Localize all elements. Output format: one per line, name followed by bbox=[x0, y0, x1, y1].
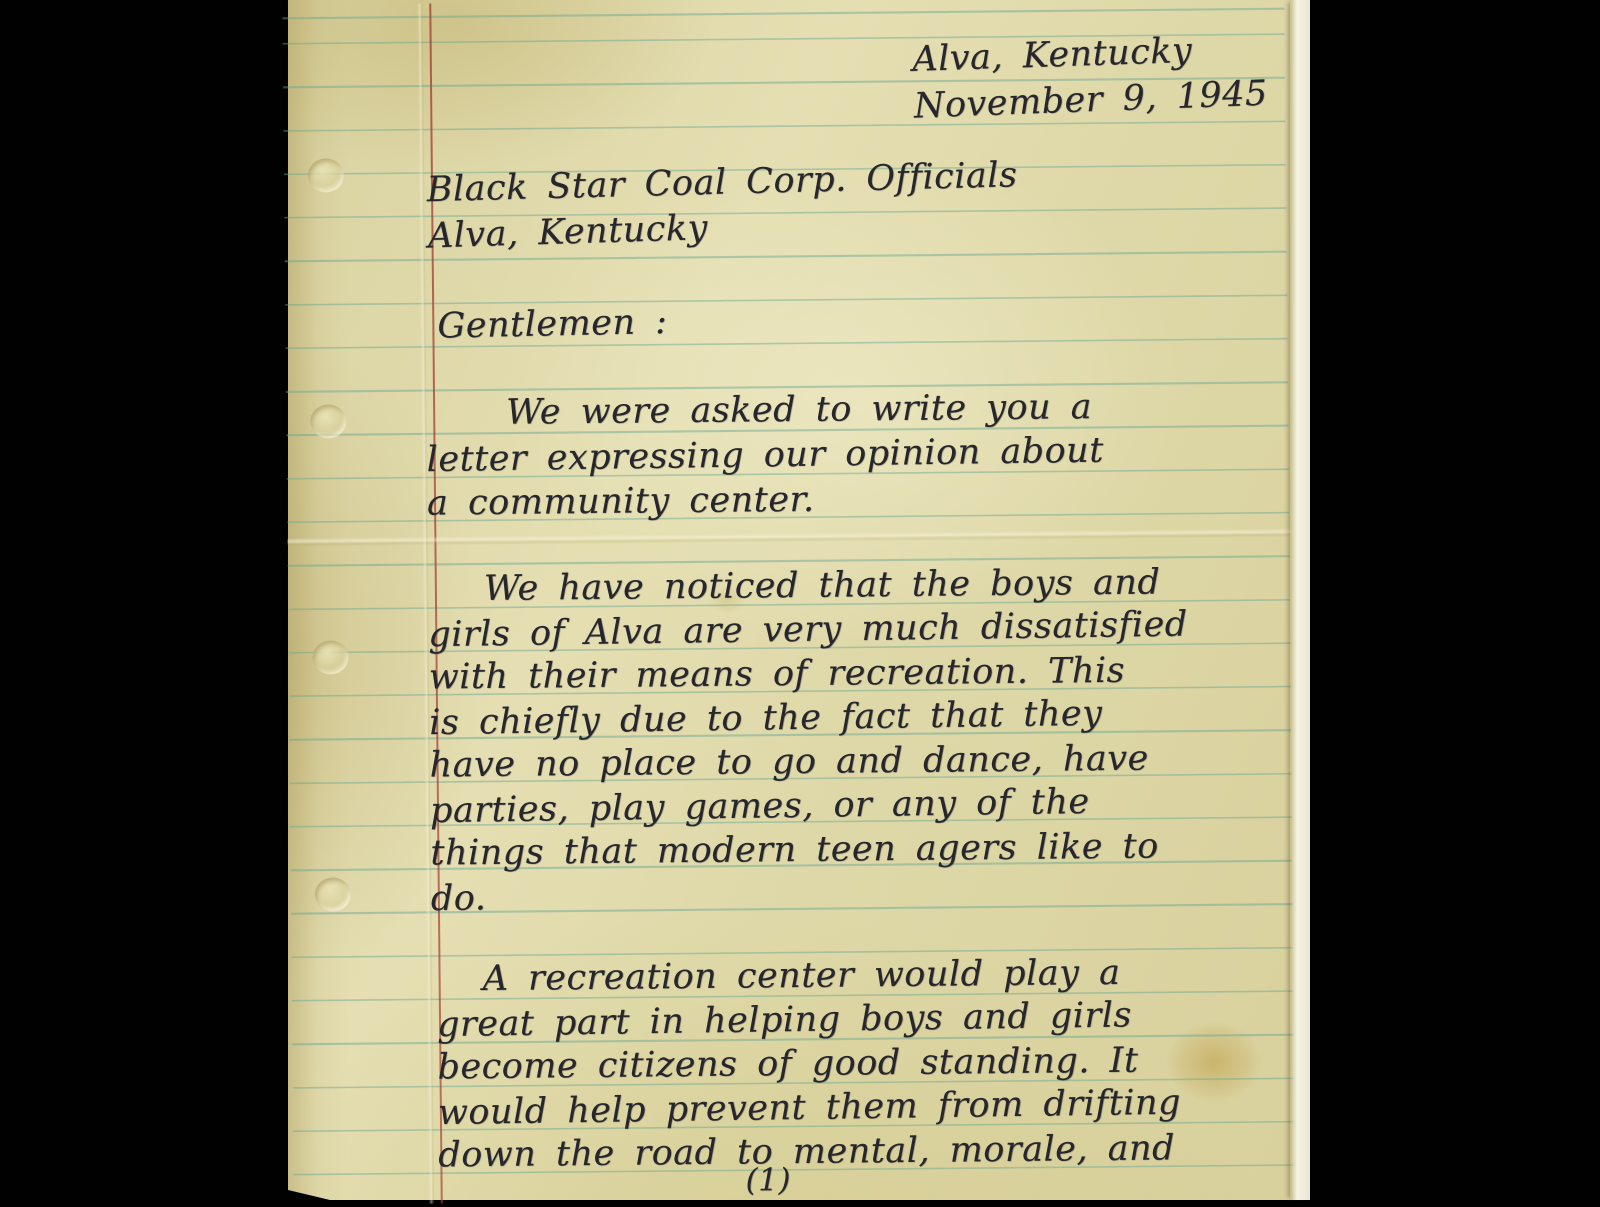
handwriting-line: down the road to mental, morale, and bbox=[438, 1126, 1178, 1177]
photo-background: Alva, KentuckyNovember 9, 1945 Black Sta… bbox=[0, 0, 1600, 1200]
punch-hole-mark bbox=[315, 877, 351, 911]
punch-hole-mark bbox=[308, 158, 344, 192]
paper-content: Alva, KentuckyNovember 9, 1945 Black Sta… bbox=[282, 0, 1315, 1200]
punch-hole-mark bbox=[312, 640, 348, 674]
letter-paper: Alva, KentuckyNovember 9, 1945 Black Sta… bbox=[288, 0, 1310, 1200]
recipient-address: Black Star Coal Corp. OfficialsAlva, Ken… bbox=[426, 153, 1019, 258]
paper-right-edge bbox=[1290, 0, 1310, 1200]
handwriting-line: a community center. bbox=[427, 475, 1127, 527]
paragraph-3: A recreation center would play agreat pa… bbox=[436, 950, 1178, 1177]
photo-corner-crop bbox=[288, 1190, 330, 1200]
paragraph-1: We were asked to write you aletter expre… bbox=[426, 385, 1127, 527]
punch-hole-mark bbox=[310, 404, 346, 438]
paragraph-2: We have noticed that the boys andgirls o… bbox=[428, 560, 1171, 919]
salutation: Gentlemen : bbox=[437, 300, 668, 349]
handwriting-line: do. bbox=[431, 867, 1172, 921]
dateline: Alva, KentuckyNovember 9, 1945 bbox=[912, 25, 1269, 128]
page-number: (1) bbox=[745, 1158, 791, 1200]
